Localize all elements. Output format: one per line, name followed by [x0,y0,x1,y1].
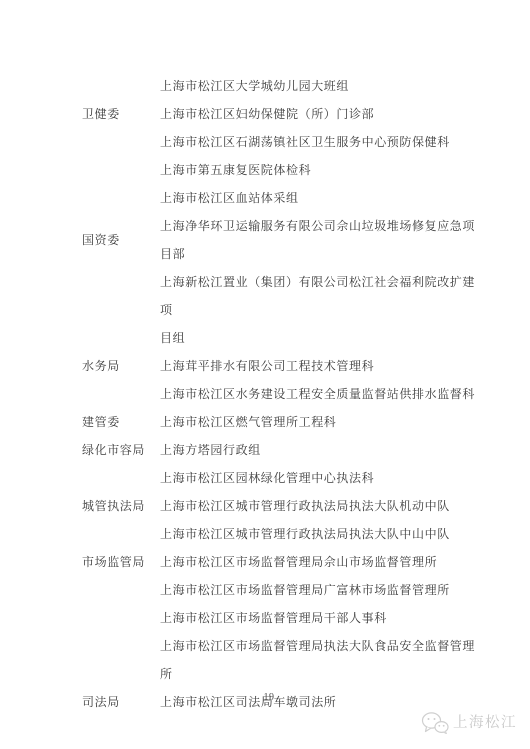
unit-entry: 上海新松江置业（集团）有限公司松江社会福利院改扩建项 目组 [160,268,480,352]
unit-entry: 上海市松江区城市管理行政执法局执法大队中山中队 [160,520,480,548]
department-label: 水务局 [82,352,160,380]
unit-entry: 上海市松江区市场监督管理局佘山市场监督管理所 [160,548,480,576]
department-label: 卫健委 [82,100,160,128]
unit-entry: 上海市松江区石湖荡镇社区卫生服务中心预防保健科 [160,128,480,156]
watermark: 上海松江 [421,711,517,734]
unit-entry: 上海市松江区园林绿化管理中心执法科 [160,464,480,492]
department-label: 城管执法局 [82,492,160,520]
department-group: 水务局上海茸平排水有限公司工程技术管理科上海市松江区水务建设工程安全质量监督站供… [82,352,482,408]
unit-entry: 上海市松江区妇幼保健院（所）门诊部 [160,100,480,128]
unit-entry: 上海市松江区市场监督管理局广富林市场监督管理所 [160,576,480,604]
page-number: 19 [0,692,530,703]
unit-entry: 上海茸平排水有限公司工程技术管理科 [160,352,480,380]
unit-entry: 上海市松江区燃气管理所工程科 [160,408,480,436]
department-label: 市场监管局 [82,548,160,576]
unit-entry: 上海市松江区血站体采组 [160,184,480,212]
unit-entry: 上海市松江区市场监督管理局干部人事科 [160,604,480,632]
document-page: 上海市松江区大学城幼儿园大班组卫健委上海市松江区妇幼保健院（所）门诊部上海市松江… [0,0,530,749]
unit-entry: 上海市松江区大学城幼儿园大班组 [160,72,480,100]
department-label: 建管委 [82,408,160,436]
department-group: 绿化市容局上海方塔园行政组上海市松江区园林绿化管理中心执法科 [82,436,482,492]
unit-entry: 上海市松江区市场监督管理局执法大队食品安全监督管理 所 [160,632,480,688]
department-label: 国资委 [82,226,160,254]
wechat-icon [421,711,449,734]
department-group: 国资委上海净华环卫运输服务有限公司佘山垃圾堆场修复应急项 目部上海新松江置业（集… [82,212,482,352]
department-group: 上海市松江区大学城幼儿园大班组 [82,72,482,100]
department-group: 城管执法局上海市松江区城市管理行政执法局执法大队机动中队上海市松江区城市管理行政… [82,492,482,548]
department-group: 市场监管局上海市松江区市场监督管理局佘山市场监督管理所上海市松江区市场监督管理局… [82,548,482,688]
department-label: 绿化市容局 [82,436,160,464]
unit-entry: 上海净华环卫运输服务有限公司佘山垃圾堆场修复应急项 目部 [160,212,480,268]
department-group: 建管委上海市松江区燃气管理所工程科 [82,408,482,436]
department-list: 上海市松江区大学城幼儿园大班组卫健委上海市松江区妇幼保健院（所）门诊部上海市松江… [82,72,482,716]
unit-entry: 上海市松江区水务建设工程安全质量监督站供排水监督科 [160,380,480,408]
department-group: 卫健委上海市松江区妇幼保健院（所）门诊部上海市松江区石湖荡镇社区卫生服务中心预防… [82,100,482,212]
unit-entry: 上海方塔园行政组 [160,436,480,464]
watermark-text: 上海松江 [453,712,517,734]
unit-entry: 上海市松江区城市管理行政执法局执法大队机动中队 [160,492,480,520]
unit-entry: 上海市第五康复医院体检科 [160,156,480,184]
